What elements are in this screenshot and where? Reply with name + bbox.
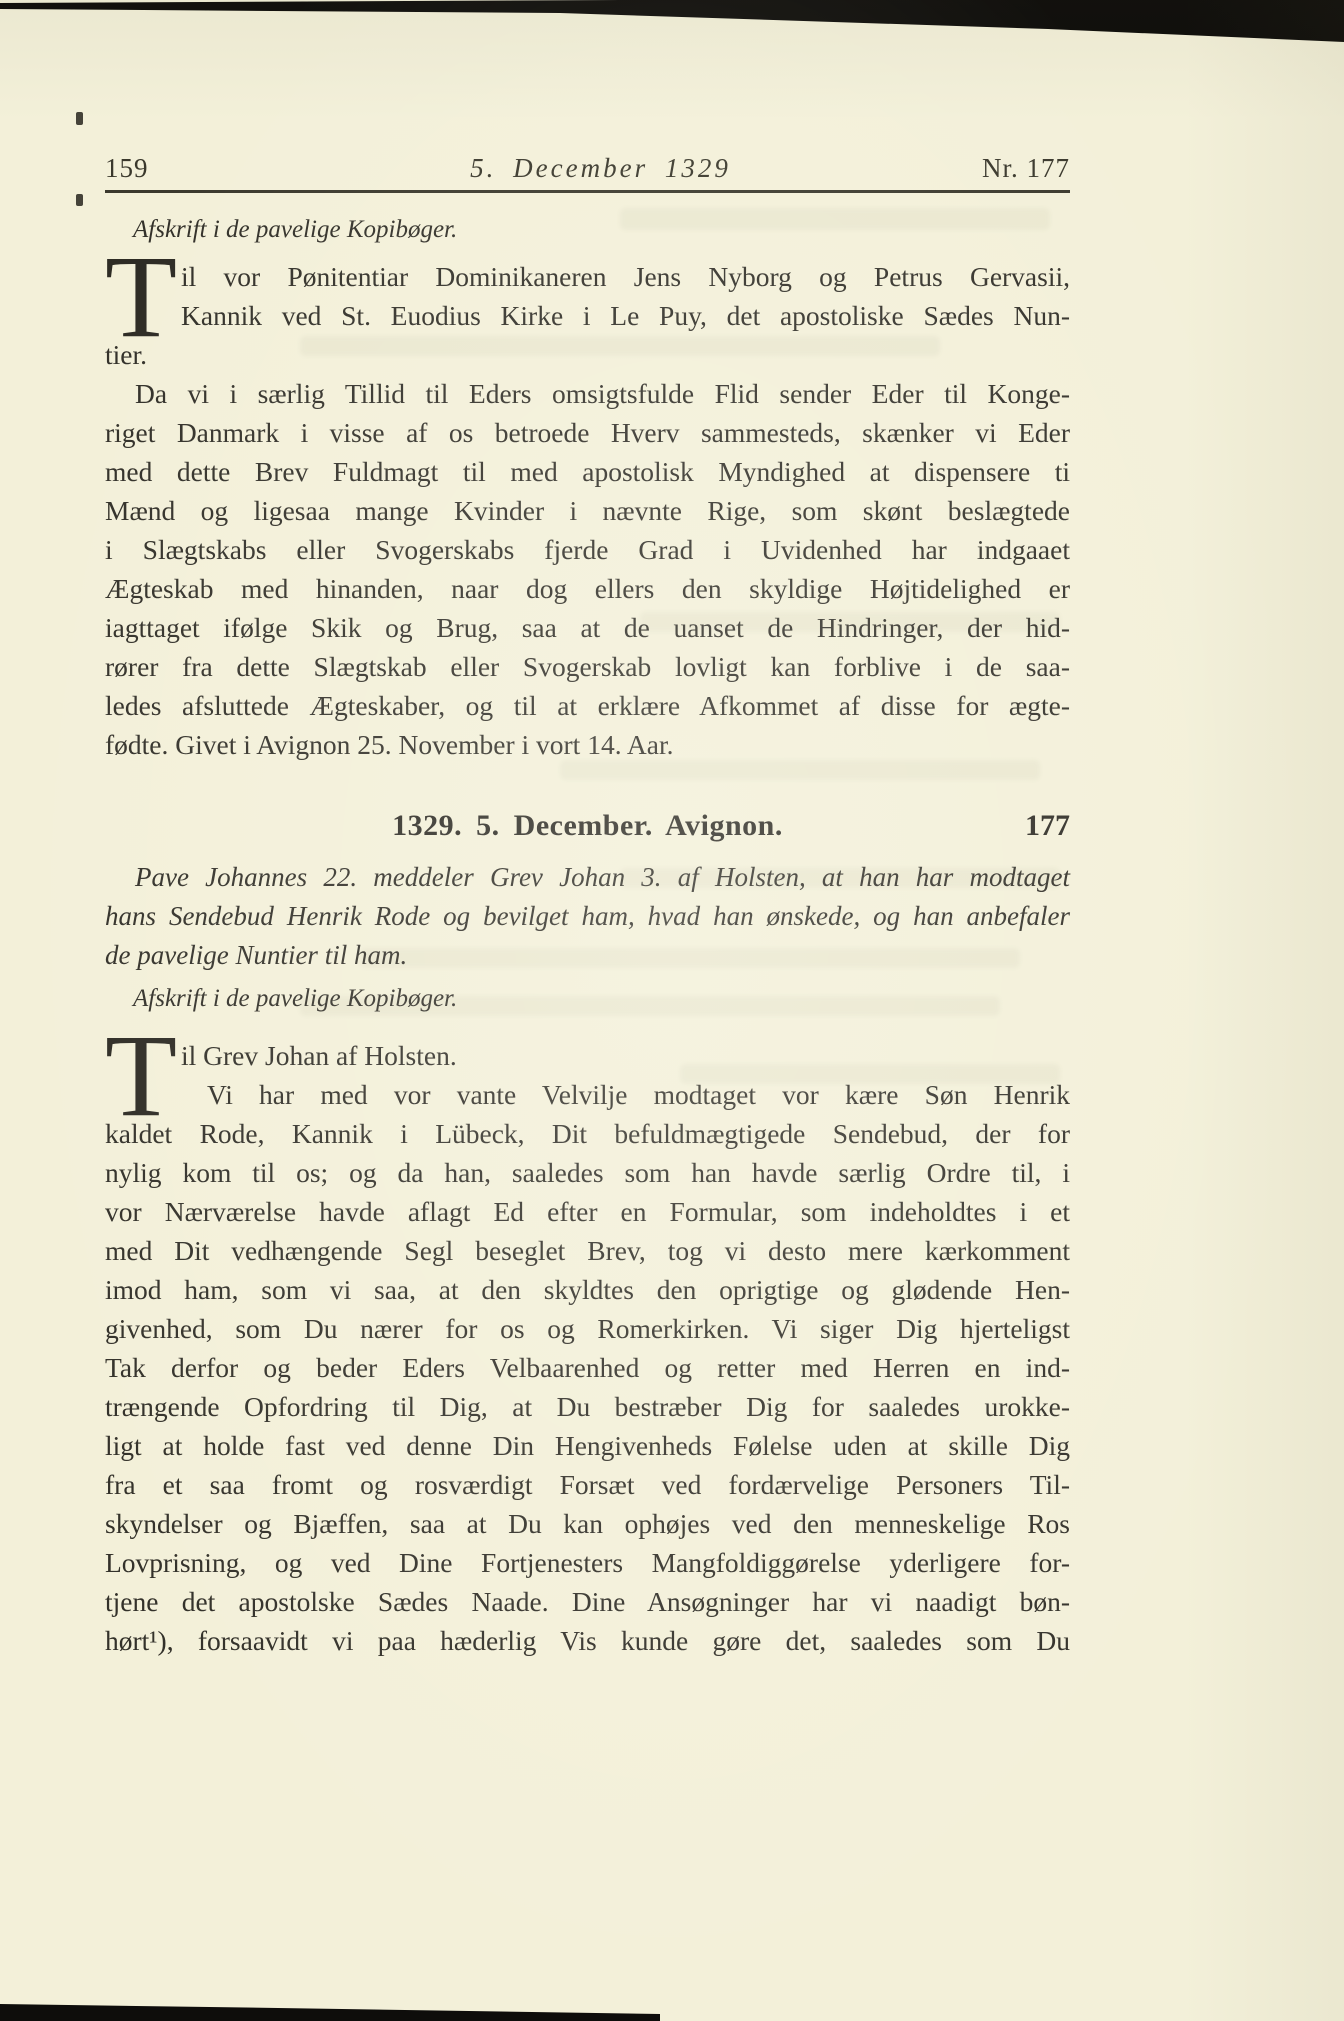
- regest-summary: Pave Johannes 22. meddeler Grev Johan 3.…: [105, 858, 1070, 975]
- text-line: hans Sendebud Henrik Rode og bevilget ha…: [105, 897, 1070, 936]
- text-line: Tak derfor og beder Eders Velbaarenhed o…: [105, 1348, 1070, 1387]
- text-line: kaldet Rode, Kannik i Lübeck, Dit befuld…: [105, 1114, 1070, 1153]
- text-line: imod ham, som vi saa, at den skyldtes de…: [105, 1270, 1070, 1309]
- header-rule: [105, 190, 1070, 193]
- entry-heading: 1329. 5. December. Avignon.: [105, 806, 1070, 846]
- text-line: tjene det apostolske Sædes Naade. Dine A…: [105, 1582, 1070, 1621]
- text-line: iagttaget ifølge Skik og Brug, saa at de…: [105, 608, 1070, 647]
- scan-edge-artifact-bottom: [0, 2001, 1344, 2021]
- text-line: il Grev Johan af Holsten.: [105, 1036, 1070, 1075]
- text-line: rører fra dette Slægtskab eller Svogersk…: [105, 647, 1070, 686]
- drop-cap: T: [105, 251, 177, 343]
- text-line: givenhed, som Du nærer for os og Romerki…: [105, 1309, 1070, 1348]
- text-line: nylig kom til os; og da han, saaledes so…: [105, 1153, 1070, 1192]
- text-line: tier.: [105, 335, 1070, 374]
- letter-1: T il vor Pønitentiar Dominikaneren Jens …: [105, 257, 1070, 764]
- text-line: Pave Johannes 22. meddeler Grev Johan 3.…: [105, 858, 1070, 897]
- text-line: fødte. Givet i Avignon 25. November i vo…: [105, 725, 1070, 764]
- entry-heading-row: 1329. 5. December. Avignon. 177: [105, 806, 1070, 846]
- text-line: il vor Pønitentiar Dominikaneren Jens Ny…: [105, 257, 1070, 296]
- text-line: hørt¹), forsaavidt vi paa hæderlig Vis k…: [105, 1621, 1070, 1660]
- text-line: Da vi i særlig Tillid til Eders omsigtsf…: [105, 374, 1070, 413]
- text-line: Vi har med vor vante Velvilje modtaget v…: [105, 1075, 1070, 1114]
- text-line: ledes afsluttede Ægteskaber, og til at e…: [105, 686, 1070, 725]
- letter-2: T il Grev Johan af Holsten.Vi har med vo…: [105, 1036, 1070, 1660]
- page-number: 159: [105, 152, 245, 184]
- text-line: med dette Brev Fuldmagt til med apostoli…: [105, 452, 1070, 491]
- text-line: de pavelige Nuntier til ham.: [105, 936, 1070, 975]
- scan-edge-artifact-top: [0, 0, 1344, 44]
- source-note: Afskrift i de pavelige Kopibøger.: [105, 215, 1070, 245]
- text-line: vor Nærværelse havde aflagt Ed efter en …: [105, 1192, 1070, 1231]
- source-note-2: Afskrift i de pavelige Kopibøger.: [105, 984, 1070, 1014]
- running-header: 159 5. December 1329 Nr. 177: [105, 152, 1070, 184]
- text-line: Lovprisning, og ved Dine Fortjenesters M…: [105, 1543, 1070, 1582]
- text-line: med Dit vedhængende Segl beseglet Brev, …: [105, 1231, 1070, 1270]
- text-line: Mænd og ligesaa mange Kvinder i nævnte R…: [105, 491, 1070, 530]
- text-line: skyndelser og Bjæffen, saa at Du kan oph…: [105, 1504, 1070, 1543]
- scan-speck: [76, 194, 83, 206]
- page-content: 159 5. December 1329 Nr. 177 Afskrift i …: [105, 152, 1070, 1660]
- text-line: Kannik ved St. Euodius Kirke i Le Puy, d…: [105, 296, 1070, 335]
- text-line: ligt at holde fast ved denne Din Hengive…: [105, 1426, 1070, 1465]
- header-doc-number: Nr. 177: [920, 152, 1070, 184]
- entry-number: 177: [1025, 806, 1070, 846]
- text-line: trængende Opfordring til Dig, at Du best…: [105, 1387, 1070, 1426]
- text-line: riget Danmark i visse af os betroede Hve…: [105, 413, 1070, 452]
- drop-cap: T: [105, 1030, 177, 1122]
- text-line: fra et saa fromt og rosværdigt Forsæt ve…: [105, 1465, 1070, 1504]
- scan-speck: [76, 112, 83, 125]
- text-line: i Slægtskabs eller Svogerskabs fjerde Gr…: [105, 530, 1070, 569]
- letter-2-body: il Grev Johan af Holsten.Vi har med vor …: [105, 1036, 1070, 1660]
- scanned-book-page: { "colors": {"background": "#f3f0d9", "i…: [0, 0, 1344, 2021]
- header-date-title: 5. December 1329: [263, 152, 938, 184]
- letter-1-opening: il vor Pønitentiar Dominikaneren Jens Ny…: [105, 257, 1070, 374]
- letter-1-body: Da vi i særlig Tillid til Eders omsigtsf…: [105, 374, 1070, 764]
- text-line: Ægteskab med hinanden, naar dog ellers d…: [105, 569, 1070, 608]
